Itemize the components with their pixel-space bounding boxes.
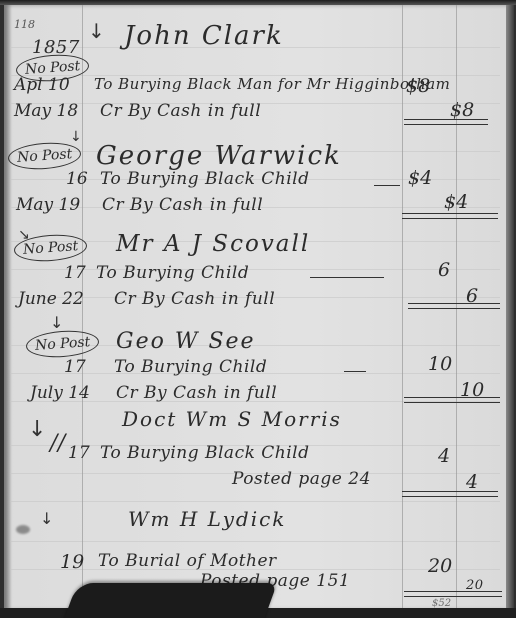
debit-date: 17: [64, 265, 86, 282]
leader-line: [374, 185, 400, 186]
credit-description: Cr By Cash in full: [114, 291, 275, 308]
credit-description: Cr By Cash in full: [116, 385, 277, 402]
account-name: John Clark: [124, 23, 284, 49]
debit-date: Apl 10: [14, 77, 70, 94]
debit-description: To Burying Child: [96, 265, 249, 282]
leader-line: [344, 371, 366, 372]
debit-amount: 10: [428, 355, 452, 374]
page-number: 118: [14, 19, 35, 30]
leader-line: [310, 277, 384, 278]
ruled-line: [10, 501, 500, 502]
page-right-edge: [506, 5, 514, 610]
no-post-mark: No Post: [7, 140, 82, 171]
debit-amount: 20: [428, 557, 452, 576]
debit-description: To Burying Black Man for Mr Higginbotham: [94, 77, 450, 92]
check-mark-icon: ↓: [88, 19, 105, 43]
balance-rule: [404, 591, 502, 597]
debit-amount: 6: [438, 261, 450, 280]
debit-column-rule: [402, 5, 403, 610]
account-name: Doct Wm S Morris: [122, 409, 342, 429]
ledger-page: 118 1857 ↓ John Clark No Post Apl 10 To …: [4, 5, 508, 610]
credit-amount: $4: [444, 193, 468, 212]
debit-amount: $4: [408, 169, 432, 188]
debit-description: To Burying Black Child: [100, 445, 310, 462]
posting-note: Posted page 24: [232, 471, 371, 488]
account-name: Mr A J Scovall: [116, 233, 310, 256]
debit-date: 16: [66, 171, 88, 188]
debit-date: 17: [68, 445, 90, 462]
check-mark-icon: ↓: [70, 129, 82, 145]
account-name: George Warwick: [96, 143, 342, 169]
debit-description: To Burying Child: [114, 359, 267, 376]
credit-date: July 14: [30, 385, 90, 402]
balance-rule: [404, 397, 500, 403]
debit-description: To Burying Black Child: [100, 171, 310, 188]
credit-amount: $8: [450, 101, 474, 120]
ink-smudge: [16, 525, 30, 534]
credit-date: May 19: [16, 197, 80, 214]
check-mark-icon: ↓: [40, 509, 53, 528]
credit-amount: 4: [466, 473, 478, 492]
balance-rule: [408, 303, 500, 309]
credit-description: Cr By Cash in full: [102, 197, 263, 214]
book-clip-object: [63, 583, 278, 618]
credit-date: June 22: [18, 291, 84, 308]
balance-rule: [402, 491, 498, 497]
gutter-shadow: [4, 5, 12, 610]
check-mark-icon: ↓: [50, 313, 63, 332]
ruled-line: [10, 541, 500, 542]
ledger-scan: 118 1857 ↓ John Clark No Post Apl 10 To …: [0, 0, 516, 618]
no-post-mark: No Post: [25, 328, 100, 359]
posted-slash-mark: //: [50, 433, 66, 455]
debit-description: To Burial of Mother: [98, 553, 277, 570]
account-name: Wm H Lydick: [128, 509, 286, 529]
debit-date: 19: [60, 553, 84, 572]
credit-description: Cr By Cash in full: [100, 103, 261, 120]
credit-date: May 18: [14, 103, 78, 120]
debit-amount: $8: [406, 77, 430, 96]
balance-rule: [404, 119, 488, 125]
account-name: Geo W See: [116, 331, 256, 353]
debit-amount: 4: [438, 447, 450, 466]
check-mark-icon: ↓: [28, 417, 46, 442]
balance-rule: [402, 213, 498, 219]
debit-date: 17: [64, 359, 86, 376]
